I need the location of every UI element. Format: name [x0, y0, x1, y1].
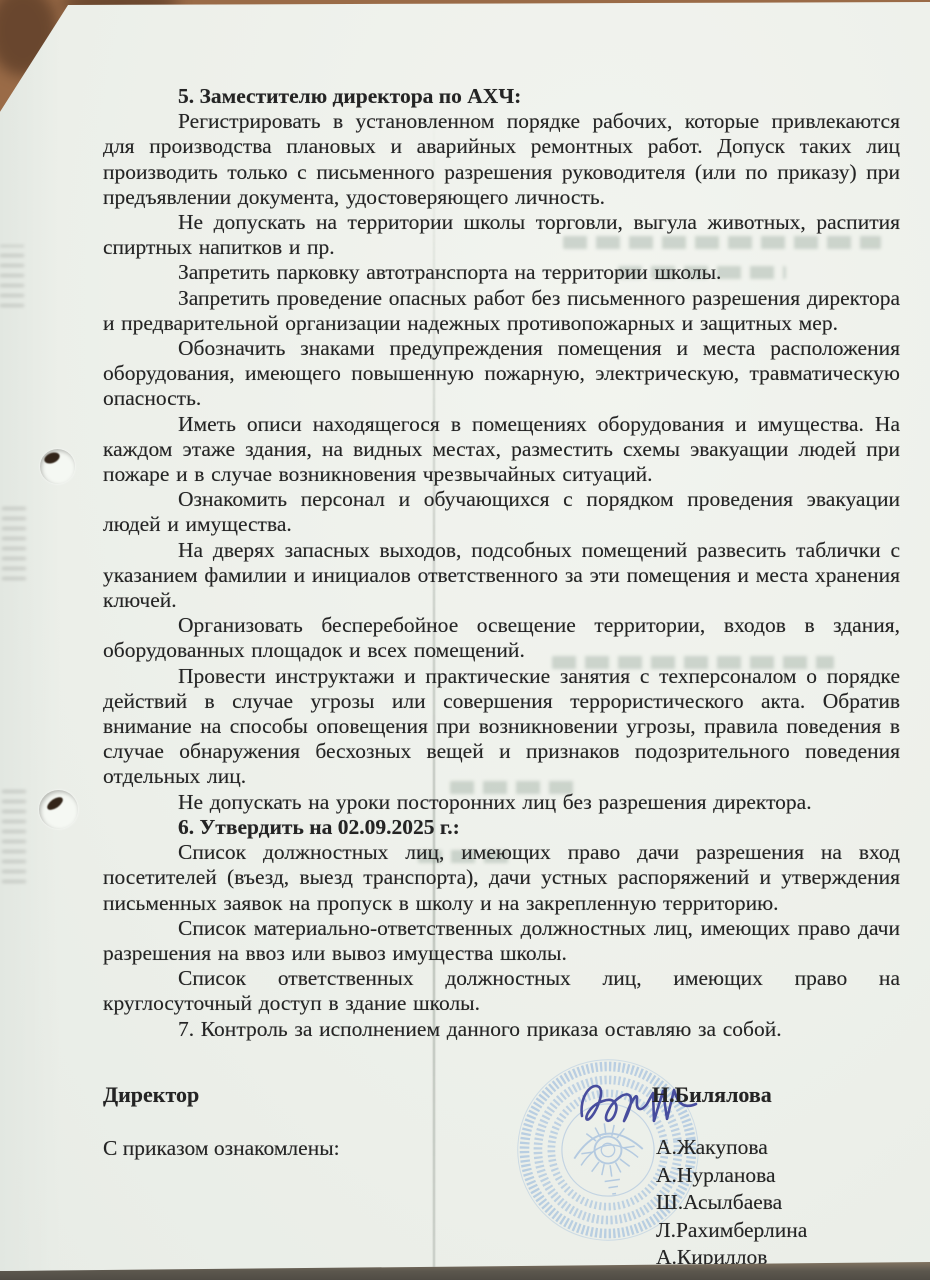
document-paragraph: Ознакомить персонал и обучающихся с поря… — [103, 487, 900, 537]
director-name: Н.Билялова — [652, 1082, 772, 1108]
document-paragraph: Регистрировать в установленном порядке р… — [103, 109, 900, 210]
document-paragraph: На дверях запасных выходов, подсобных по… — [103, 538, 900, 614]
document-paragraph: Иметь описи находящегося в помещениях об… — [103, 412, 900, 488]
document-page: 5. Заместителю директора по АХЧ:Регистри… — [0, 0, 930, 1280]
acknowledged-name: А.Жакупова — [656, 1134, 807, 1162]
acknowledged-name: А.Нурланова — [656, 1162, 807, 1190]
document-paragraph: Список должностных лиц, имеющих право да… — [103, 840, 900, 916]
document-heading: 5. Заместителю директора по АХЧ: — [103, 84, 900, 109]
edge-smudge — [2, 505, 26, 580]
director-label: Директор — [103, 1082, 199, 1108]
acknowledged-names: А.ЖакуповаА.НурлановаШ.АсылбаеваЛ.Рахимб… — [656, 1134, 807, 1272]
punch-hole-shadow — [45, 795, 65, 813]
punch-hole — [39, 790, 78, 829]
document-paragraph: 7. Контроль за исполнением данного прика… — [103, 1017, 900, 1042]
punch-hole — [40, 449, 75, 484]
document-paragraph: Не допускать на уроки посторонних лиц бе… — [103, 790, 900, 815]
edge-smudge — [0, 245, 24, 307]
document-paragraph: Список материально-ответственных должнос… — [103, 916, 900, 966]
document-body: 5. Заместителю директора по АХЧ:Регистри… — [103, 84, 900, 1042]
acknowledged-name: Ш.Асылбаева — [656, 1189, 807, 1217]
photo-background: 5. Заместителю директора по АХЧ:Регистри… — [0, 0, 930, 1280]
document-paragraph: Организовать бесперебойное освещение тер… — [103, 613, 900, 663]
acknowledged-label: С приказом ознакомлены: — [103, 1136, 340, 1161]
acknowledged-name: Л.Рахимберлина — [656, 1217, 807, 1245]
edge-smudge — [2, 788, 26, 883]
document-paragraph: Список ответственных должностных лиц, им… — [103, 966, 900, 1016]
document-heading: 6. Утвердить на 02.09.2025 г.: — [103, 815, 900, 840]
document-paragraph: Запретить парковку автотранспорта на тер… — [103, 260, 900, 285]
document-paragraph: Обозначить знаками предупреждения помеще… — [103, 336, 900, 412]
document-paragraph: Не допускать на территории школы торговл… — [103, 210, 900, 260]
document-paragraph: Запретить проведение опасных работ без п… — [103, 286, 900, 336]
punch-hole-shadow — [43, 450, 62, 465]
document-paragraph: Провести инструктажи и практические заня… — [103, 664, 900, 790]
